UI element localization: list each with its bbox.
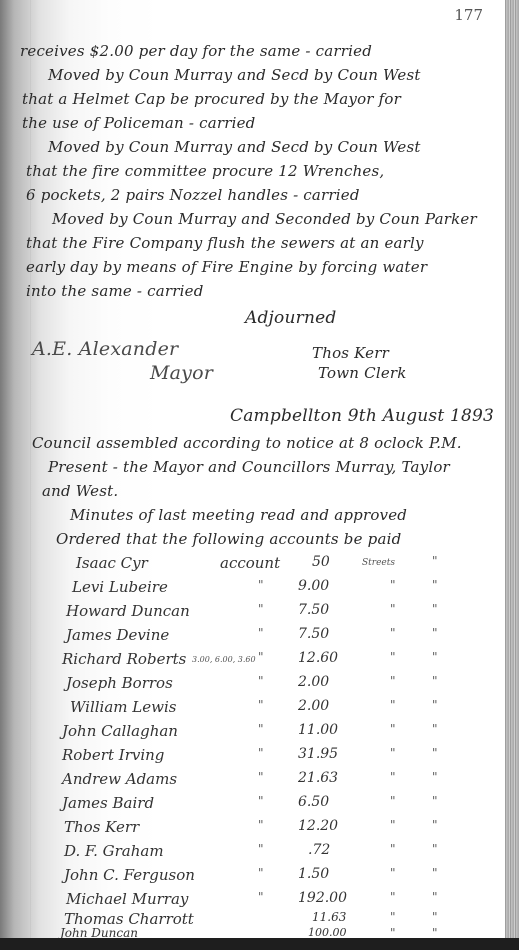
ledger-page: 177 receives $2.00 per day for the same … <box>0 0 505 938</box>
account-label: account <box>220 554 280 572</box>
account-name: Richard Roberts <box>62 650 186 668</box>
scan-bottom-edge <box>0 938 519 950</box>
ditto-mark: " <box>432 650 438 664</box>
account-name: Michael Murray <box>66 890 188 908</box>
ditto-mark: " <box>432 818 438 832</box>
ditto-mark: " <box>390 698 396 712</box>
ditto-mark: " <box>258 818 264 832</box>
account-name: Levi Lubeire <box>72 578 168 596</box>
account-row: William Lewis " 2.00 " " <box>40 698 480 720</box>
minutes-line: that the Fire Company flush the sewers a… <box>26 234 424 252</box>
adjourned-label: Adjourned <box>245 308 336 328</box>
ditto-mark: " <box>258 866 264 880</box>
account-amount: 50 <box>312 554 330 570</box>
ditto-mark: " <box>390 722 396 736</box>
ditto-mark: " <box>432 554 438 568</box>
clerk-signature: Thos Kerr <box>312 344 389 362</box>
meeting-line: Present - the Mayor and Councillors Murr… <box>48 458 450 476</box>
account-name: James Baird <box>62 794 154 812</box>
account-note: 3.00, 6.00, 3.60 <box>192 655 256 664</box>
account-amount: 12.20 <box>298 818 338 834</box>
ditto-mark: " <box>432 626 438 640</box>
ditto-mark: " <box>390 602 396 616</box>
account-name: Joseph Borros <box>66 674 173 692</box>
meeting-line: Ordered that the following accounts be p… <box>56 530 401 548</box>
account-row: John Duncan 100.00 " " <box>40 926 480 938</box>
mayor-title: Mayor <box>150 362 213 384</box>
ditto-mark: " <box>432 842 438 856</box>
ditto-mark: " <box>390 770 396 784</box>
account-amount: 31.95 <box>298 746 338 762</box>
meeting-line: Council assembled according to notice at… <box>32 434 462 452</box>
ditto-mark: " <box>258 578 264 592</box>
minutes-line: Moved by Coun Murray and Secd by Coun We… <box>48 66 421 84</box>
account-name: Thos Kerr <box>64 818 139 836</box>
minutes-line: 6 pockets, 2 pairs Nozzel handles - carr… <box>26 186 360 204</box>
account-amount: 100.00 <box>308 926 347 938</box>
ditto-mark: " <box>258 722 264 736</box>
account-name: Isaac Cyr <box>76 554 148 572</box>
minutes-line: Moved by Coun Murray and Secd by Coun We… <box>48 138 421 156</box>
account-amount: 1.50 <box>298 866 329 882</box>
account-amount: 2.00 <box>298 698 329 714</box>
ditto-mark: " <box>390 866 396 880</box>
account-row: Richard Roberts 3.00, 6.00, 3.60 " 12.60… <box>40 650 480 672</box>
account-amount: 12.60 <box>298 650 338 666</box>
minutes-line: receives $2.00 per day for the same - ca… <box>20 42 372 60</box>
account-amount: 6.50 <box>298 794 329 810</box>
account-amount: 2.00 <box>298 674 329 690</box>
minutes-line: into the same - carried <box>26 282 204 300</box>
minutes-line: that the fire committee procure 12 Wrenc… <box>26 162 384 180</box>
account-row-first: Isaac Cyr account 50 Streets " <box>40 554 480 576</box>
account-extra: Streets <box>362 558 395 568</box>
minutes-line: Moved by Coun Murray and Seconded by Cou… <box>52 210 477 228</box>
ditto-mark: " <box>432 866 438 880</box>
book-page-edges <box>505 0 519 950</box>
ditto-mark: " <box>258 602 264 616</box>
account-row: Robert Irving " 31.95 " " <box>40 746 480 768</box>
account-amount: 192.00 <box>298 890 347 906</box>
page-number: 177 <box>454 6 483 24</box>
account-row: Thos Kerr " 12.20 " " <box>40 818 480 840</box>
ditto-mark: " <box>432 698 438 712</box>
ditto-mark: " <box>390 650 396 664</box>
account-row: Michael Murray " 192.00 " " <box>40 890 480 912</box>
meeting-line: and West. <box>42 482 118 500</box>
ditto-mark: " <box>432 602 438 616</box>
account-name: James Devine <box>66 626 169 644</box>
ditto-mark: " <box>432 722 438 736</box>
meeting-place-date: Campbellton 9th August 1893 <box>230 406 494 426</box>
ditto-mark: " <box>258 890 264 904</box>
account-name: John Duncan <box>60 926 138 938</box>
account-row: John Callaghan " 11.00 " " <box>40 722 480 744</box>
account-row: Andrew Adams " 21.63 " " <box>40 770 480 792</box>
account-name: Andrew Adams <box>62 770 177 788</box>
account-row: D. F. Graham " .72 " " <box>40 842 480 864</box>
account-amount: 21.63 <box>298 770 338 786</box>
margin-rule <box>30 0 31 938</box>
account-row: James Baird " 6.50 " " <box>40 794 480 816</box>
ditto-mark: " <box>390 794 396 808</box>
ditto-mark: " <box>258 842 264 856</box>
account-row: Levi Lubeire " 9.00 " " <box>40 578 480 600</box>
account-row: Joseph Borros " 2.00 " " <box>40 674 480 696</box>
ditto-mark: " <box>258 794 264 808</box>
ditto-mark: " <box>390 578 396 592</box>
account-amount: 7.50 <box>298 602 329 618</box>
ditto-mark: " <box>390 746 396 760</box>
ditto-mark: " <box>432 926 438 938</box>
ditto-mark: " <box>258 746 264 760</box>
minutes-line: early day by means of Fire Engine by for… <box>26 258 427 276</box>
minutes-line: the use of Policeman - carried <box>22 114 255 132</box>
minutes-line: that a Helmet Cap be procured by the May… <box>22 90 401 108</box>
account-amount: 7.50 <box>298 626 329 642</box>
ditto-mark: " <box>432 674 438 688</box>
ditto-mark: " <box>258 698 264 712</box>
ditto-mark: " <box>390 890 396 904</box>
account-name: D. F. Graham <box>64 842 164 860</box>
mayor-signature: A.E. Alexander <box>32 338 178 360</box>
ditto-mark: " <box>258 650 264 664</box>
ditto-mark: " <box>390 674 396 688</box>
ditto-mark: " <box>432 794 438 808</box>
account-amount: 11.00 <box>298 722 338 738</box>
clerk-title: Town Clerk <box>318 364 407 382</box>
ditto-mark: " <box>390 626 396 640</box>
account-name: Howard Duncan <box>66 602 190 620</box>
ditto-mark: " <box>432 910 438 924</box>
account-row: Howard Duncan " 7.50 " " <box>40 602 480 624</box>
account-row: James Devine " 7.50 " " <box>40 626 480 648</box>
ditto-mark: " <box>258 626 264 640</box>
meeting-line: Minutes of last meeting read and approve… <box>70 506 407 524</box>
ditto-mark: " <box>390 842 396 856</box>
ditto-mark: " <box>432 890 438 904</box>
account-amount: .72 <box>308 842 330 858</box>
account-name: John C. Ferguson <box>64 866 195 884</box>
account-amount: 11.63 <box>312 910 346 924</box>
account-name: William Lewis <box>70 698 176 716</box>
account-name: John Callaghan <box>62 722 178 740</box>
ditto-mark: " <box>390 926 396 938</box>
ditto-mark: " <box>258 770 264 784</box>
account-row: John C. Ferguson " 1.50 " " <box>40 866 480 888</box>
account-amount: 9.00 <box>298 578 329 594</box>
ditto-mark: " <box>390 818 396 832</box>
ditto-mark: " <box>258 674 264 688</box>
ditto-mark: " <box>432 578 438 592</box>
account-name: Robert Irving <box>62 746 164 764</box>
ditto-mark: " <box>432 770 438 784</box>
ditto-mark: " <box>390 910 396 924</box>
ditto-mark: " <box>432 746 438 760</box>
